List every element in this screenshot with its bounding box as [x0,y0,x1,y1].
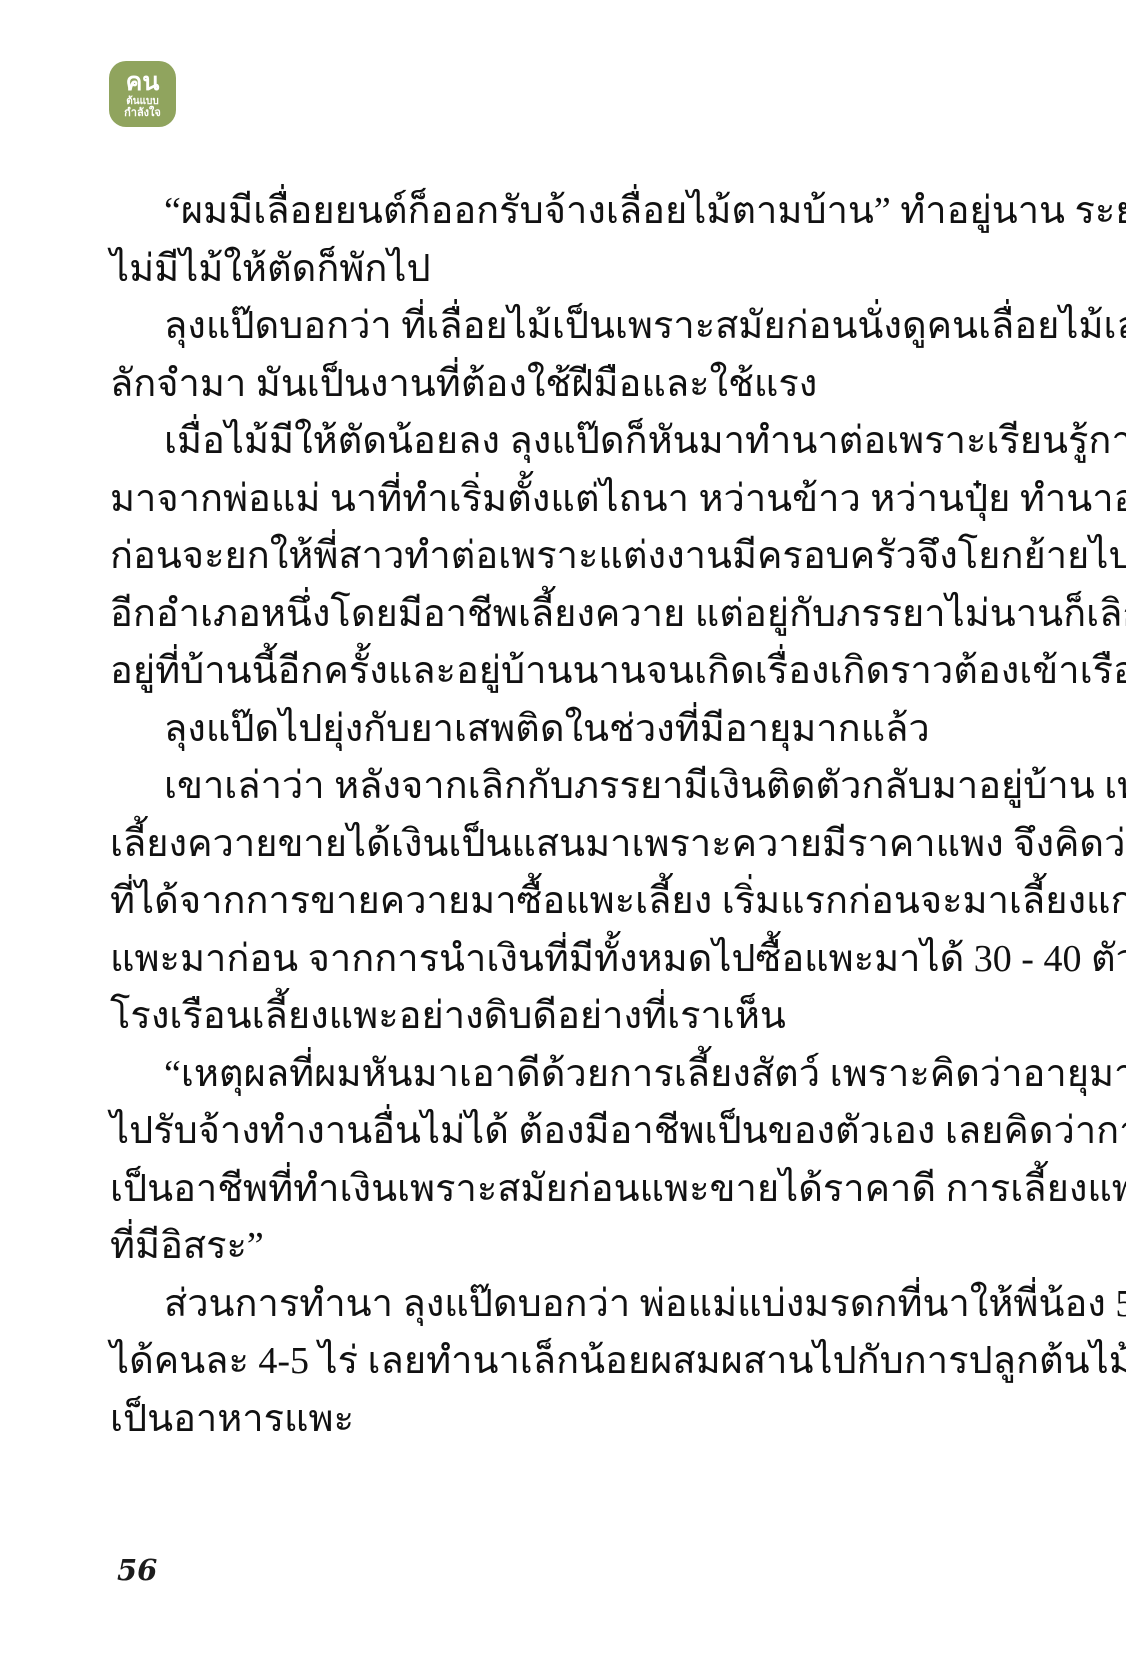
text-line: ลักจำมา มันเป็นงานที่ต้องใช้ฝีมือและใช้แ… [110,356,1026,414]
text-line: เขาเล่าว่า หลังจากเลิกกับภรรยามีเงินติดต… [110,758,1026,816]
text-line: ส่วนการทำนา ลุงแป๊ดบอกว่า พ่อแม่แบ่งมรดก… [110,1276,1026,1334]
text-line: โรงเรือนเลี้ยงแพะอย่างดิบดีอย่างที่เราเห… [110,988,1026,1046]
text-line: อีกอำเภอหนึ่งโดยมีอาชีพเลี้ยงควาย แต่อยู… [110,586,1026,644]
text-line: ก่อนจะยกให้พี่สาวทำต่อเพราะแต่งงานมีครอบ… [110,528,1026,586]
text-line: ได้คนละ 4-5 ไร่ เลยทำนาเล็กน้อยผสมผสานไป… [110,1333,1026,1391]
text-line: มาจากพ่อแม่ นาที่ทำเริ่มตั้งแต่ไถนา หว่า… [110,471,1026,529]
text-line: เป็นอาชีพที่ทำเงินเพราะสมัยก่อนแพะขายได้… [110,1161,1026,1219]
text-line: ลุงแป๊ดบอกว่า ที่เลื่อยไม้เป็นเพราะสมัยก… [110,298,1026,356]
logo-text-line2: ต้นแบบ [126,97,158,107]
text-line: แพะมาก่อน จากการนำเงินที่มีทั้งหมดไปซื้อ… [110,931,1026,989]
text-line: ลุงแป๊ดไปยุ่งกับยาเสพติดในช่วงที่มีอายุม… [110,701,1026,759]
publisher-logo: คน ต้นแบบ กำลังใจ [109,61,176,127]
logo-text-line3: กำลังใจ [124,108,161,119]
text-line: อยู่ที่บ้านนี้อีกครั้งและอยู่บ้านนานจนเก… [110,643,1026,701]
text-line: ที่ได้จากการขายควายมาซื้อแพะเลี้ยง เริ่ม… [110,873,1026,931]
text-line: “เหตุผลที่ผมหันมาเอาดีด้วยการเลี้ยงสัตว์… [110,1046,1026,1104]
logo-text-line1: คน [126,70,160,95]
text-line: เลี้ยงควายขายได้เงินเป็นแสนมาเพราะควายมี… [110,816,1026,874]
text-line: ไปรับจ้างทำงานอื่นไม่ได้ ต้องมีอาชีพเป็น… [110,1103,1026,1161]
text-line: เป็นอาหารแพะ [110,1391,1026,1449]
page-number: 56 [117,1553,157,1587]
body-text: “ผมมีเลื่อยยนต์ก็ออกรับจ้างเลื่อยไม้ตามบ… [110,183,1026,1448]
book-page: คน ต้นแบบ กำลังใจ “ผมมีเลื่อยยนต์ก็ออกรั… [0,0,1126,1654]
text-line: เมื่อไม้มีให้ตัดน้อยลง ลุงแป๊ดก็หันมาทำน… [110,413,1026,471]
text-line: “ผมมีเลื่อยยนต์ก็ออกรับจ้างเลื่อยไม้ตามบ… [110,183,1026,241]
text-line: ไม่มีไม้ให้ตัดก็พักไป [110,241,1026,299]
text-line: ที่มีอิสระ” [110,1218,1026,1276]
